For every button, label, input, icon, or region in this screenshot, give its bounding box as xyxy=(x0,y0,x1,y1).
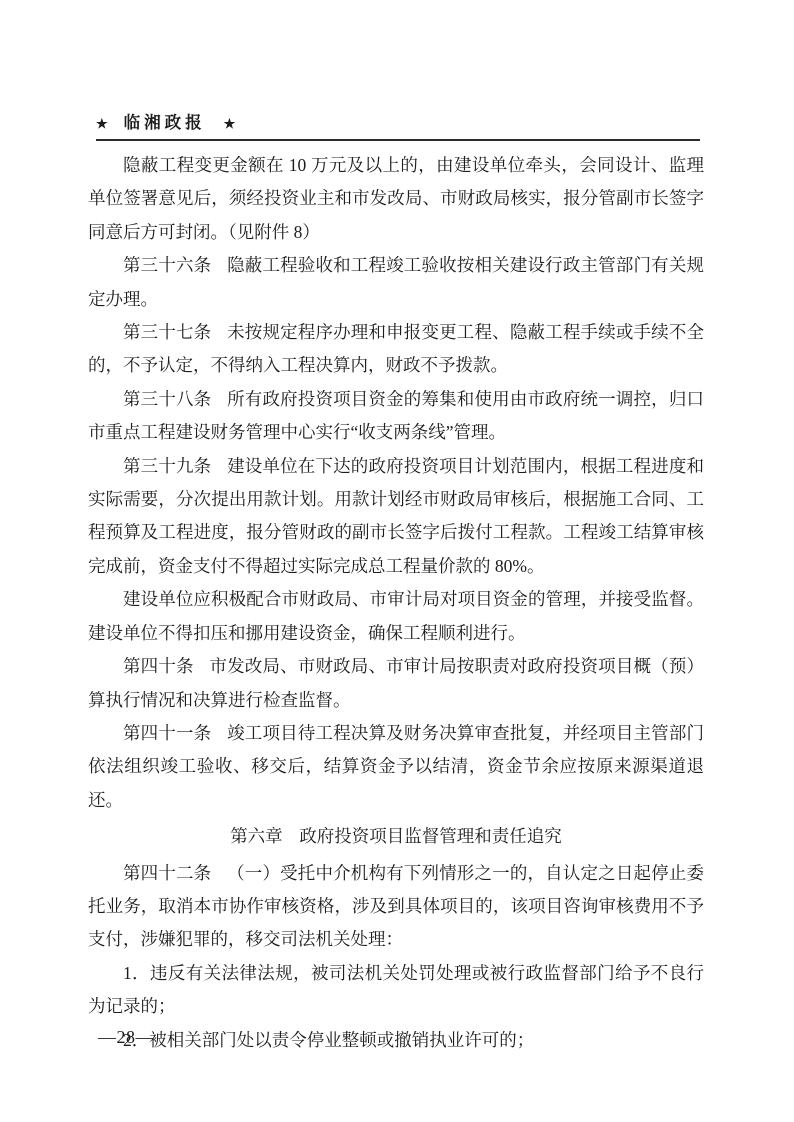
body-paragraph: 建设单位应积极配合市财政局、市审计局对项目资金的管理，并接受监督。建设单位不得扣… xyxy=(88,583,704,650)
body-paragraph: 第四十条市发改局、市财政局、市审计局按职责对政府投资项目概（预）算执行情况和决算… xyxy=(88,650,704,717)
paragraph-text: 政府投资项目监督管理和责任追究 xyxy=(299,826,562,846)
page-number: —28— xyxy=(98,1027,154,1047)
document-body: 隐蔽工程变更金额在 10 万元及以上的，由建设单位牵头，会同设计、监理单位签署意… xyxy=(88,149,704,1057)
article-number: 第四十一条 xyxy=(123,723,211,743)
paragraph-text: 隐蔽工程变更金额在 10 万元及以上的，由建设单位牵头，会同设计、监理单位签署意… xyxy=(88,155,704,242)
chapter-heading: 第六章政府投资项目监督管理和责任追究 xyxy=(88,820,704,853)
body-paragraph: 2．被相关部门处以责令停业整顿或撤销执业许可的； xyxy=(88,1024,704,1057)
body-paragraph: 1．违反有关法律法规，被司法机关处罚处理或被行政监督部门给予不良行为记录的； xyxy=(88,957,704,1024)
article-number: 第三十八条 xyxy=(123,389,211,409)
body-paragraph: 第四十二条（一）受托中介机构有下列情形之一的，自认定之日起停止委托业务，取消本市… xyxy=(88,857,704,957)
paragraph-text: 2．被相关部门处以责令停业整顿或撤销执业许可的； xyxy=(123,1030,534,1050)
masthead-title: 临湘政报 xyxy=(124,114,206,132)
article-number: 第三十七条 xyxy=(123,322,211,342)
body-paragraph: 第四十一条竣工项目待工程决算及财务决算审查批复，并经项目主管部门依法组织竣工验收… xyxy=(88,717,704,817)
body-paragraph: 隐蔽工程变更金额在 10 万元及以上的，由建设单位牵头，会同设计、监理单位签署意… xyxy=(88,149,704,249)
article-number: 第三十九条 xyxy=(123,456,211,476)
star-icon-left: ★ xyxy=(96,115,108,132)
body-paragraph: 第三十七条未按规定程序办理和申报变更工程、隐蔽工程手续或手续不全的，不予认定，不… xyxy=(88,316,704,383)
body-paragraph: 第三十六条隐蔽工程验收和工程竣工验收按相关建设行政主管部门有关规定办理。 xyxy=(88,249,704,316)
paragraph-text: 1．违反有关法律法规，被司法机关处罚处理或被行政监督部门给予不良行为记录的； xyxy=(88,963,704,1016)
page-footer: —28— xyxy=(98,1026,154,1048)
paragraph-text: 建设单位应积极配合市财政局、市审计局对项目资金的管理，并接受监督。建设单位不得扣… xyxy=(88,589,704,642)
body-paragraph: 第三十九条建设单位在下达的政府投资项目计划范围内，根据工程进度和实际需要，分次提… xyxy=(88,450,704,584)
article-number: 第四十二条 xyxy=(123,863,211,883)
article-number: 第四十条 xyxy=(123,656,194,676)
body-paragraph: 第三十八条所有政府投资项目资金的筹集和使用由市政府统一调控，归口市重点工程建设财… xyxy=(88,383,704,450)
document-page: ★ 临湘政报 ★ 隐蔽工程变更金额在 10 万元及以上的，由建设单位牵头，会同设… xyxy=(0,0,794,1122)
article-number: 第六章 xyxy=(230,826,283,846)
masthead: ★ 临湘政报 ★ xyxy=(96,114,700,141)
star-icon-right: ★ xyxy=(224,115,236,132)
article-number: 第三十六条 xyxy=(123,255,211,275)
